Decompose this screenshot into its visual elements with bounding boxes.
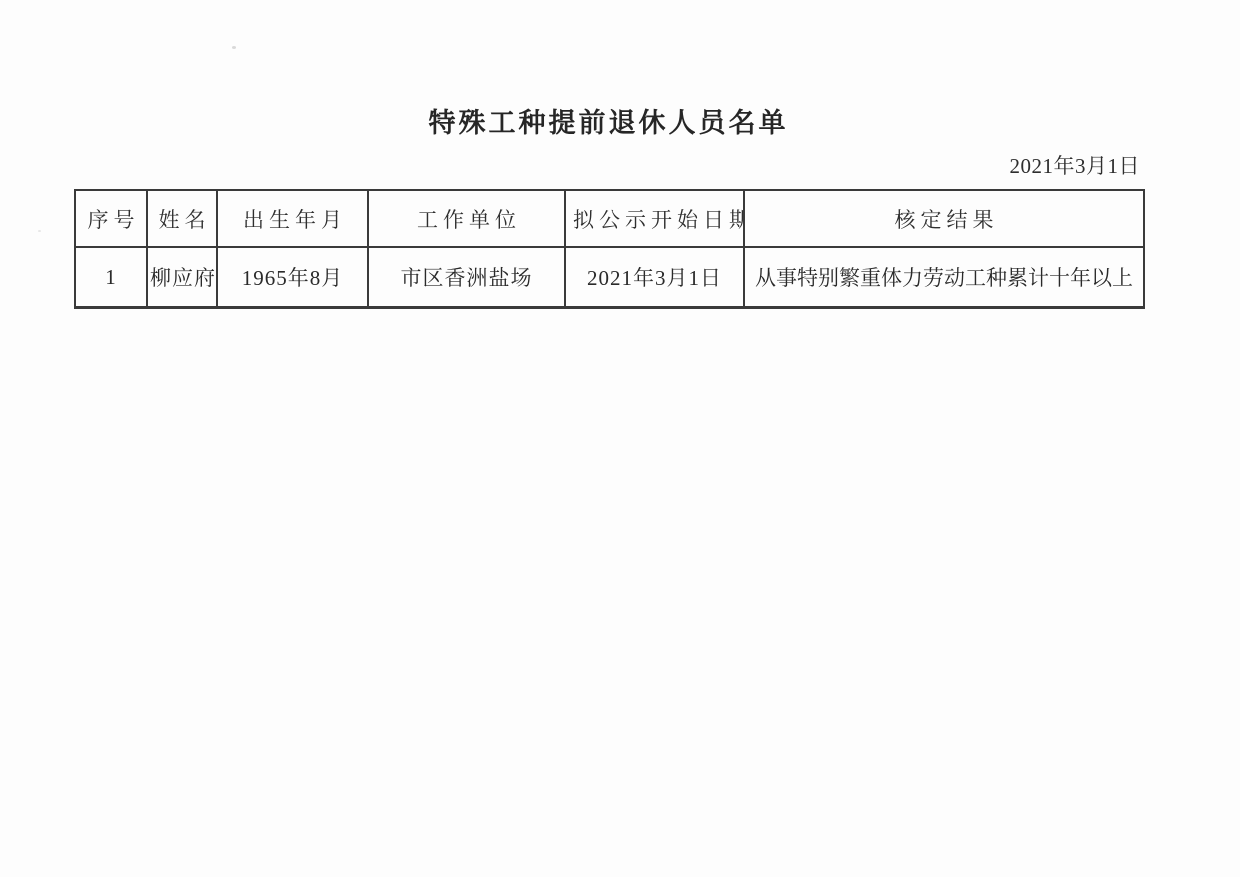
cell-serial-number: 1 [75, 247, 147, 308]
header-birth-date: 出生年月 [217, 190, 368, 247]
cell-birth-date: 1965年8月 [217, 247, 368, 308]
header-serial-number: 序号 [75, 190, 147, 247]
cell-name: 柳应府 [147, 247, 217, 308]
cell-publicity-start-date: 2021年3月1日 [565, 247, 744, 308]
header-work-unit: 工作单位 [368, 190, 565, 247]
document-body: 特殊工种提前退休人员名单 2021年3月1日 序号 姓名 出生年月 工作单位 拟… [74, 0, 1143, 309]
header-verification-result: 核定结果 [744, 190, 1144, 247]
header-name: 姓名 [147, 190, 217, 247]
cell-verification-result: 从事特别繁重体力劳动工种累计十年以上 [744, 247, 1144, 308]
header-publicity-start-date: 拟公示开始日期 [565, 190, 744, 247]
scan-speck [38, 230, 41, 232]
retirees-table: 序号 姓名 出生年月 工作单位 拟公示开始日期 核定结果 1 柳应府 1965年… [74, 189, 1145, 309]
document-date: 2021年3月1日 [74, 150, 1143, 180]
document-page: 特殊工种提前退休人员名单 2021年3月1日 序号 姓名 出生年月 工作单位 拟… [0, 0, 1240, 877]
document-title: 特殊工种提前退休人员名单 [74, 0, 1143, 139]
table-row: 1 柳应府 1965年8月 市区香洲盐场 2021年3月1日 从事特别繁重体力劳… [75, 247, 1144, 308]
cell-work-unit: 市区香洲盐场 [368, 247, 565, 308]
table-header-row: 序号 姓名 出生年月 工作单位 拟公示开始日期 核定结果 [75, 190, 1144, 247]
